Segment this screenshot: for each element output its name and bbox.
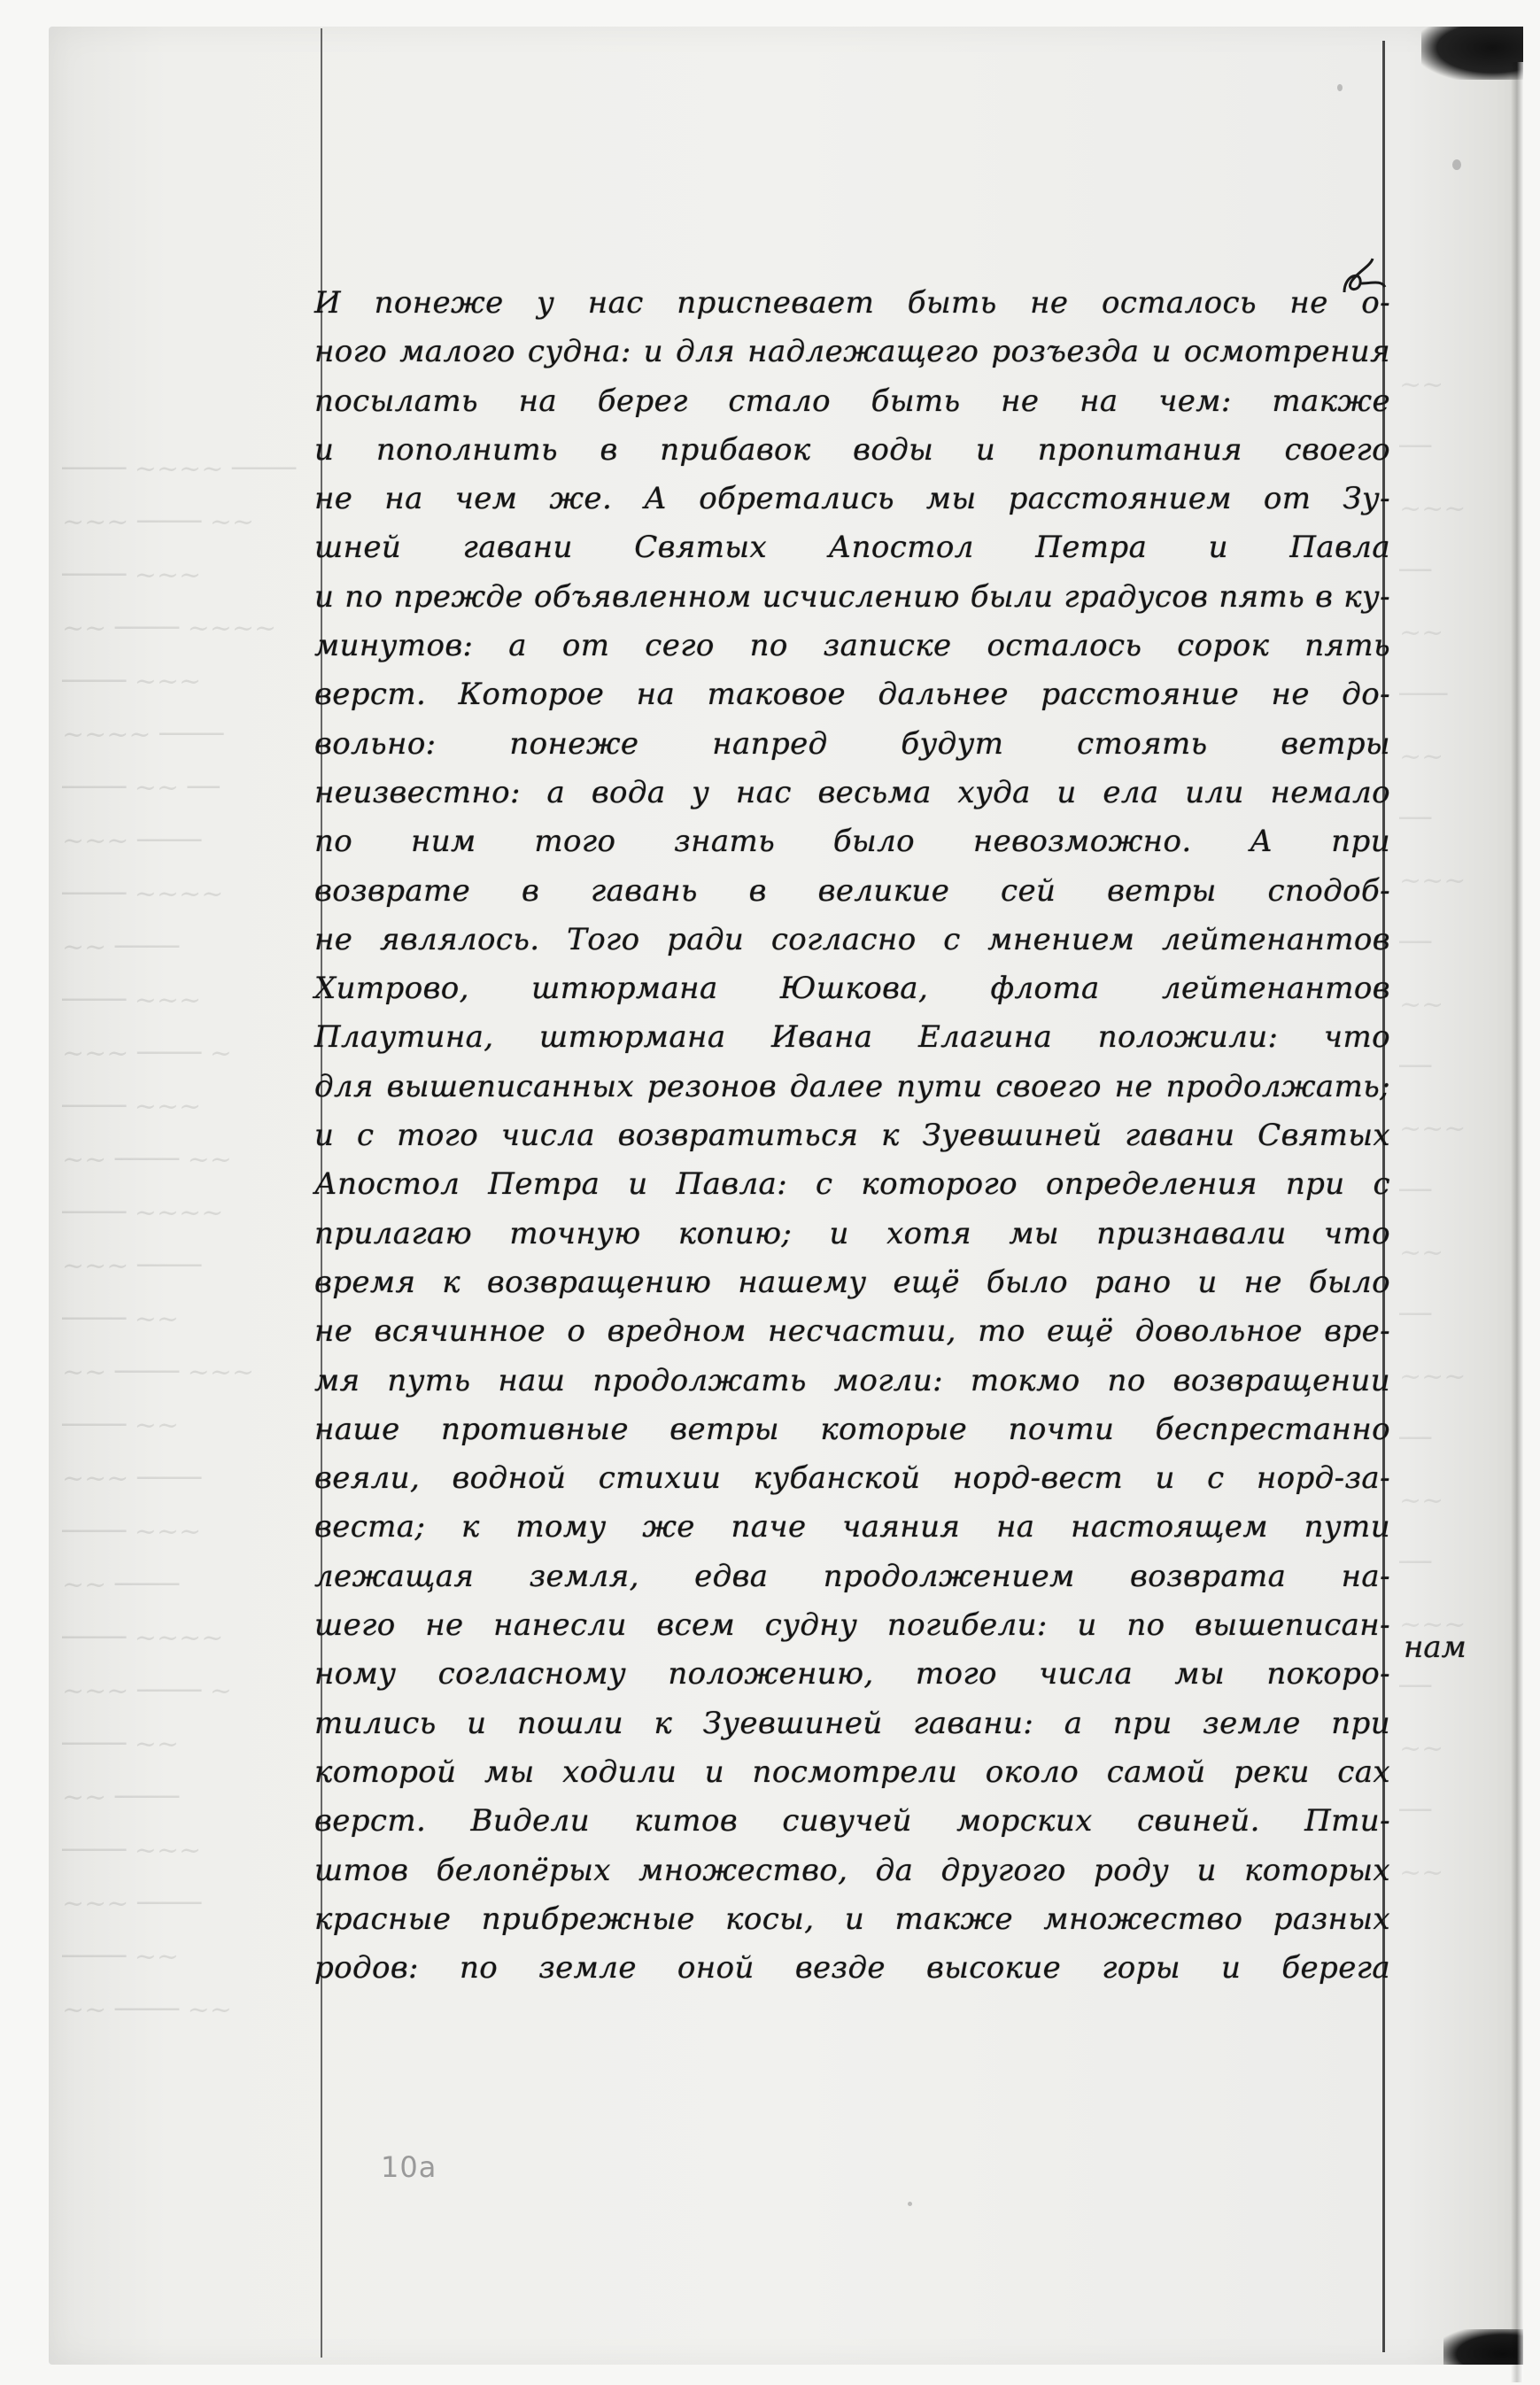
text-line: лежащая земля, едва продолжением возврат… (314, 1553, 1390, 1601)
margin-insertion-note: нам (1404, 1630, 1466, 1665)
text-line: веста; к тому же паче чаяния на настояще… (314, 1503, 1390, 1552)
text-line: ному согласному положению, того числа мы… (314, 1650, 1390, 1699)
text-line: Плаутина, штюрмана Ивана Елагина положил… (314, 1013, 1390, 1062)
text-line: для вышеписанных резонов далее пути свое… (314, 1063, 1390, 1111)
page-edge-shadow (1511, 62, 1523, 2382)
text-line: наше противные ветры которые почти беспр… (314, 1405, 1390, 1454)
text-line: Хитрово, штюрмана Юшкова, флота лейтенан… (314, 964, 1390, 1013)
text-line: посылать на берег стало быть не на чем: … (314, 377, 1390, 426)
text-line: ного малого судна: и для надлежащего роз… (314, 328, 1390, 376)
bleed-through-right-margin: ~~──~~~──~~───~~──~~~──~~──~~~──~~──~~~─… (1399, 354, 1488, 1948)
text-line: неизвестно: а вода у нас весьма худа и е… (314, 769, 1390, 817)
text-line: и с того числа возвратиться к Зуевшиней … (314, 1111, 1390, 1160)
paper-speck (908, 2202, 912, 2206)
binding-shadow-top-right (1421, 27, 1523, 80)
text-line: и пополнить в прибавок воды и пропитания… (314, 426, 1390, 475)
text-line: верст. Видели китов сивучей морских свин… (314, 1797, 1390, 1846)
text-line: не всячинное о вредном несчастии, то ещё… (314, 1307, 1390, 1356)
text-line: мя путь наш продолжать могли: токмо по в… (314, 1357, 1390, 1405)
paper-speck (1337, 84, 1343, 91)
text-line: время к возвращению нашему ещё было рано… (314, 1258, 1390, 1307)
text-line: тились и пошли к Зуевшиней гавани: а при… (314, 1700, 1390, 1748)
paper-speck (1452, 159, 1461, 170)
folio-number-pencil: 10а (381, 2150, 437, 2184)
text-line: веяли, водной стихии кубанской норд-вест… (314, 1454, 1390, 1503)
text-line: Апостол Петра и Павла: с которого опреде… (314, 1160, 1390, 1209)
text-line: верст. Которое на таковое дальнее рассто… (314, 670, 1390, 719)
bleed-through-left-margin: ──── ~~~~ ────~~~ ──── ~~──── ~~~~~ ────… (62, 443, 301, 2126)
text-line: И понеже у нас приспевает быть не остало… (314, 279, 1390, 328)
text-line: шего не нанесли всем судну погибели: и п… (314, 1601, 1390, 1650)
text-line: не являлось. Того ради согласно с мнение… (314, 916, 1390, 964)
text-line: штов белопёрых множество, да другого род… (314, 1847, 1390, 1895)
text-line: минутов: а от сего по записке осталось с… (314, 622, 1390, 670)
text-line: не на чем же. А обретались мы расстояние… (314, 475, 1390, 523)
text-line: и по прежде объявленном исчислению были … (314, 573, 1390, 622)
text-line: красные прибрежные косы, и также множест… (314, 1895, 1390, 1944)
text-line: родов: по земле оной везде высокие горы … (314, 1944, 1390, 1993)
text-line: возврате в гавань в великие сей ветры сп… (314, 867, 1390, 916)
text-line: прилагаю точную копию; и хотя мы признав… (314, 1210, 1390, 1258)
manuscript-text-block: И понеже у нас приспевает быть не остало… (314, 279, 1390, 1993)
text-line: которой мы ходили и посмотрели около сам… (314, 1748, 1390, 1797)
text-line: вольно: понеже напред будут стоять ветры (314, 720, 1390, 769)
text-line: шней гавани Святых Апостол Петра и Павла (314, 523, 1390, 572)
text-line: по ним того знать было невозможно. А при (314, 817, 1390, 866)
